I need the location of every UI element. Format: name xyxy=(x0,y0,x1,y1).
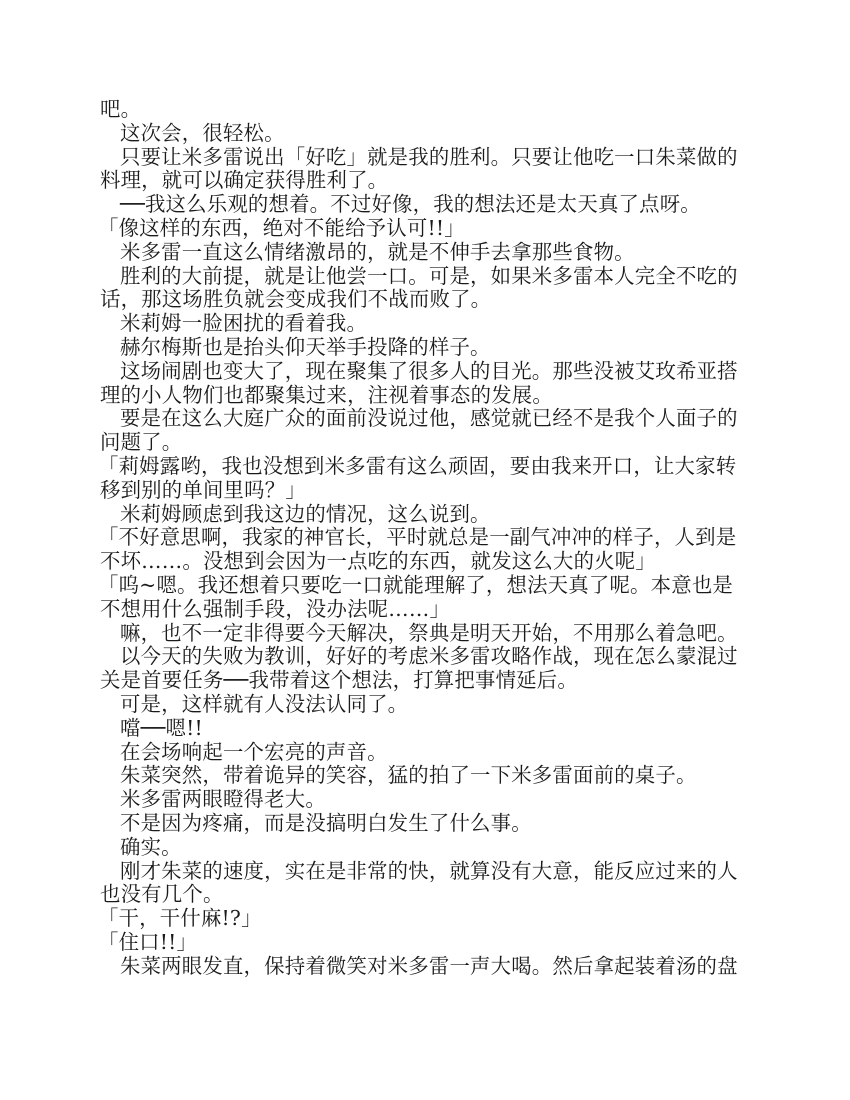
text-line: 移到别的单间里吗？」 xyxy=(100,479,750,503)
text-line: 关是首要任务──我带着这个想法，打算把事情延后。 xyxy=(100,669,750,693)
text-line: 胜利的大前提，就是让他尝一口。可是，如果米多雷本人完全不吃的 xyxy=(100,265,750,289)
text-line: 米莉姆一脸困扰的看着我。 xyxy=(100,312,750,336)
text-line: 米莉姆顾虑到我这边的情况，这么说到。 xyxy=(100,503,750,527)
text-line: 料理，就可以确定获得胜利了。 xyxy=(100,169,750,193)
text-line: 理的小人物们也都聚集过来，注视着事态的发展。 xyxy=(100,384,750,408)
text-line: 不是因为疼痛，而是没搞明白发生了什么事。 xyxy=(100,812,750,836)
text-line: 朱菜两眼发直，保持着微笑对米多雷一声大喝。然后拿起装着汤的盘 xyxy=(100,955,750,979)
dialogue-line: 「像这样的东西，绝对不能给予认可!!」 xyxy=(98,217,750,241)
text-line: 不坏……。没想到会因为一点吃的东西，就发这么大的火呢」 xyxy=(100,550,750,574)
text-line: 以今天的失败为教训，好好的考虑米多雷攻略作战，现在怎么蒙混过 xyxy=(100,645,750,669)
text-line: 话，那这场胜负就会变成我们不战而败了。 xyxy=(100,288,750,312)
dialogue-line: 「呜~嗯。我还想着只要吃一口就能理解了，想法天真了呢。本意也是 xyxy=(98,574,750,598)
text-line: 确实。 xyxy=(100,836,750,860)
text-line: 嘛，也不一定非得要今天解决，祭典是明天开始，不用那么着急吧。 xyxy=(100,622,750,646)
text-line: 问题了。 xyxy=(100,431,750,455)
document-page: 吧。 这次会，很轻松。 只要让米多雷说出「好吃」就是我的胜利。只要让他吃一口朱菜… xyxy=(100,98,750,978)
text-line: 米多雷两眼瞪得老大。 xyxy=(100,788,750,812)
text-line: 米多雷一直这么情绪激昂的，就是不伸手去拿那些食物。 xyxy=(100,241,750,265)
text-line: ──我这么乐观的想着。不过好像，我的想法还是太天真了点呀。 xyxy=(100,193,750,217)
text-line: 只要让米多雷说出「好吃」就是我的胜利。只要让他吃一口朱菜做的 xyxy=(100,146,750,170)
text-line: 也没有几个。 xyxy=(100,883,750,907)
text-line: 朱菜突然，带着诡异的笑容，猛的拍了一下米多雷面前的桌子。 xyxy=(100,764,750,788)
text-line: 噹──嗯!! xyxy=(100,717,750,741)
text-line: 可是，这样就有人没法认同了。 xyxy=(100,693,750,717)
text-line: 这场闹剧也变大了，现在聚集了很多人的目光。那些没被艾玫希亚搭 xyxy=(100,360,750,384)
text-line: 刚才朱菜的速度，实在是非常的快，就算没有大意，能反应过来的人 xyxy=(100,860,750,884)
dialogue-line: 「不好意思啊，我家的神官长，平时就总是一副气冲冲的样子，人到是 xyxy=(98,526,750,550)
text-line: 在会场响起一个宏亮的声音。 xyxy=(100,741,750,765)
dialogue-line: 「干，干什麻!?」 xyxy=(98,907,750,931)
dialogue-line: 「莉姆露哟，我也没想到米多雷有这么顽固，要由我来开口，让大家转 xyxy=(98,455,750,479)
dialogue-line: 「住口!!」 xyxy=(98,931,750,955)
text-line: 这次会，很轻松。 xyxy=(100,122,750,146)
text-line: 要是在这么大庭广众的面前没说过他，感觉就已经不是我个人面子的 xyxy=(100,407,750,431)
text-line: 吧。 xyxy=(100,98,750,122)
text-line: 不想用什么强制手段，没办法呢……」 xyxy=(100,598,750,622)
text-line: 赫尔梅斯也是抬头仰天举手投降的样子。 xyxy=(100,336,750,360)
